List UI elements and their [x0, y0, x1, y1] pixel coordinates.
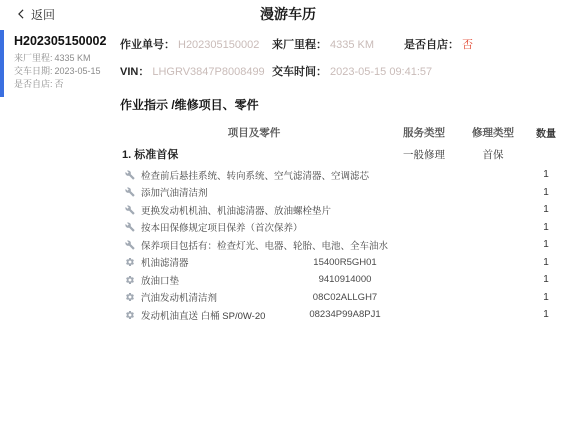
gear-icon [125, 292, 135, 302]
content-layout: H202305150002 来厂里程:4335 KM 交车日期:2023-05-… [0, 28, 576, 324]
section-title: 作业指示 /维修项目、零件 [120, 96, 566, 113]
info-field: 作业单号：H202305150002 [120, 36, 272, 52]
item-cell: 检查前后悬挂系统、转向系统、空气滤清器、空调滤芯 [120, 168, 388, 182]
info-field: 是否自店：否 [404, 36, 566, 52]
table-row: 发动机油直送 白桶 SP/0W-20 08234P99A8PJ1 1 [120, 306, 566, 324]
back-chevron-icon [16, 9, 26, 19]
table-row: 添加汽油清洁剂 1 [120, 184, 566, 202]
field-value: 4335 KM [330, 39, 374, 51]
wrench-icon [125, 205, 135, 215]
order-detail-panel: 作业单号：H202305150002 来厂里程：4335 KM 是否自店：否 V… [118, 28, 576, 324]
part-number: 15400R5GH01 [270, 257, 420, 268]
group-repair-type: 首保 [460, 147, 526, 162]
field-value: H202305150002 [178, 39, 259, 51]
order-list-sidebar: H202305150002 来厂里程:4335 KM 交车日期:2023-05-… [0, 28, 118, 99]
field-value: 4335 KM [55, 53, 91, 63]
gear-icon [125, 275, 135, 285]
item-cell: 放油口垫 9410914000 [120, 273, 388, 287]
table-row: 放油口垫 9410914000 1 [120, 271, 566, 289]
table-header-row: 项目及零件 服务类型 修理类型 数量 [120, 122, 566, 142]
item-cell: 汽油发动机清洁剂 08C02ALLGH7 [120, 290, 388, 304]
info-field: 交车时间：2023-05-15 09:41:57 [272, 63, 404, 79]
field-value: LHGRV3847P8008499 [152, 66, 264, 78]
field-label: 是否自店: [14, 79, 53, 89]
part-number: 08C02ALLGH7 [270, 292, 420, 303]
back-label: 返回 [31, 6, 55, 23]
item-cell: 更换发动机机油、机油滤清器、放油螺栓垫片 [120, 203, 388, 217]
table-row: 按本田保修规定项目保养（首次保养） 1 [120, 219, 566, 237]
group-service-type: 一般修理 [388, 147, 460, 162]
field-label: 来厂里程: [14, 53, 53, 63]
vehicle-history-page: 返回 漫游车历 H202305150002 来厂里程:4335 KM 交车日期:… [0, 0, 576, 324]
item-qty: 1 [526, 187, 566, 198]
table-row: 更换发动机机油、机油滤清器、放油螺栓垫片 1 [120, 201, 566, 219]
item-text: 放油口垫 [141, 273, 179, 287]
item-text: 添加汽油清洁剂 [141, 185, 208, 199]
item-qty: 1 [526, 309, 566, 320]
group-name: 1. 标准首保 [120, 146, 388, 162]
col-header-item: 项目及零件 [120, 125, 388, 140]
selected-indicator-bar [0, 30, 4, 97]
item-text: 发动机油直送 白桶 SP/0W-20 [141, 308, 265, 322]
info-field: 是否自店:否 [14, 78, 112, 91]
info-field: VIN：LHGRV3847P8008499 [120, 63, 272, 79]
field-label: 来厂里程： [272, 39, 327, 51]
part-number: 9410914000 [270, 274, 420, 285]
item-cell: 按本田保修规定项目保养（首次保养） [120, 220, 388, 234]
field-label: 是否自店： [404, 39, 459, 51]
item-text: 更换发动机机油、机油滤清器、放油螺栓垫片 [141, 203, 331, 217]
table-body: 检查前后悬挂系统、转向系统、空气滤清器、空调滤芯 1 添加汽油清洁剂 1 更换发… [120, 166, 566, 324]
item-qty: 1 [526, 204, 566, 215]
field-label: 交车日期: [14, 66, 53, 76]
field-label: 作业单号： [120, 39, 175, 51]
item-cell: 添加汽油清洁剂 [120, 185, 388, 199]
order-card-fields: 来厂里程:4335 KM 交车日期:2023-05-15 是否自店:否 [14, 52, 112, 91]
item-cell: 发动机油直送 白桶 SP/0W-20 08234P99A8PJ1 [120, 308, 388, 322]
table-row: 保养项目包括有：检查灯光、电器、轮胎、电池、全车油水 1 [120, 236, 566, 254]
wrench-icon [125, 187, 135, 197]
wrench-icon [125, 240, 135, 250]
col-header-service-type: 服务类型 [388, 125, 460, 140]
order-info: 作业单号：H202305150002 来厂里程：4335 KM 是否自店：否 V… [120, 36, 566, 79]
item-text: 保养项目包括有：检查灯光、电器、轮胎、电池、全车油水 [141, 238, 388, 252]
col-header-qty: 数量 [526, 125, 566, 140]
work-items-table: 项目及零件 服务类型 修理类型 数量 1. 标准首保 一般修理 首保 检查前后悬… [120, 122, 566, 324]
topbar: 返回 漫游车历 [0, 0, 576, 28]
item-qty: 1 [526, 169, 566, 180]
field-value: 否 [55, 79, 64, 89]
field-value: 否 [462, 39, 473, 51]
item-text: 汽油发动机清洁剂 [141, 290, 217, 304]
info-field: 来厂里程:4335 KM [14, 52, 112, 65]
order-number: H202305150002 [14, 34, 112, 48]
wrench-icon [125, 170, 135, 180]
item-cell: 机油滤清器 15400R5GH01 [120, 255, 388, 269]
info-field: 交车日期:2023-05-15 [14, 65, 112, 78]
wrench-icon [125, 222, 135, 232]
item-text: 按本田保修规定项目保养（首次保养） [141, 220, 303, 234]
table-row: 机油滤清器 15400R5GH01 1 [120, 254, 566, 272]
field-label: 交车时间： [272, 66, 327, 78]
col-header-repair-type: 修理类型 [460, 125, 526, 140]
item-qty: 1 [526, 292, 566, 303]
item-qty: 1 [526, 274, 566, 285]
item-text: 检查前后悬挂系统、转向系统、空气滤清器、空调滤芯 [141, 168, 369, 182]
item-text: 机油滤清器 [141, 255, 189, 269]
group-row: 1. 标准首保 一般修理 首保 [120, 142, 566, 166]
gear-icon [125, 310, 135, 320]
field-label: VIN： [120, 66, 149, 78]
item-qty: 1 [526, 239, 566, 250]
item-cell: 保养项目包括有：检查灯光、电器、轮胎、电池、全车油水 [120, 238, 388, 252]
part-number: 08234P99A8PJ1 [270, 309, 420, 320]
table-row: 检查前后悬挂系统、转向系统、空气滤清器、空调滤芯 1 [120, 166, 566, 184]
field-value: 2023-05-15 [55, 66, 101, 76]
table-row: 汽油发动机清洁剂 08C02ALLGH7 1 [120, 289, 566, 307]
page-title: 漫游车历 [0, 4, 576, 24]
item-qty: 1 [526, 257, 566, 268]
order-list-item[interactable]: H202305150002 来厂里程:4335 KM 交车日期:2023-05-… [0, 28, 118, 99]
back-button[interactable]: 返回 [16, 6, 55, 23]
info-field: 来厂里程：4335 KM [272, 36, 404, 52]
field-value: 2023-05-15 09:41:57 [330, 66, 432, 78]
item-qty: 1 [526, 222, 566, 233]
gear-icon [125, 257, 135, 267]
